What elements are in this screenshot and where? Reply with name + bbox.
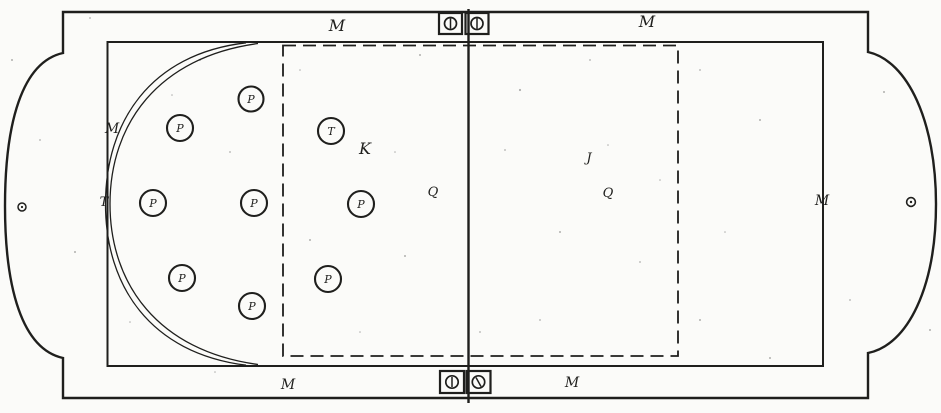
label-j: J xyxy=(583,151,592,166)
top-hinge xyxy=(439,13,489,34)
pocket-label: P xyxy=(356,198,365,211)
pocket-label: P xyxy=(323,273,332,286)
table-inner-frame xyxy=(108,42,824,366)
pocket-circle: P xyxy=(167,115,193,141)
pocket-circle: P xyxy=(348,191,374,217)
label-m-bottom-left: M xyxy=(280,377,296,393)
pivot-hole-left xyxy=(18,203,26,211)
pocket-circle: P xyxy=(169,265,195,291)
table-top-diagram: P P T P P P P P P M M M M M M T xyxy=(0,0,941,413)
pocket-label: P xyxy=(246,93,255,106)
label-t-arc-end: T xyxy=(100,195,110,210)
screw-icon xyxy=(471,18,483,30)
pocket-label: P xyxy=(175,122,184,135)
screw-icon xyxy=(445,18,457,30)
label-m-top-left: M xyxy=(328,16,346,35)
pocket-circle: P xyxy=(239,293,265,319)
label-k: K xyxy=(358,139,372,158)
label-q-center: Q xyxy=(428,185,439,200)
pocket-circle: P xyxy=(241,190,267,216)
bottom-hinge xyxy=(440,371,491,393)
screw-icon xyxy=(446,376,458,388)
label-m-right-rail: M xyxy=(814,193,830,209)
pocket-label: P xyxy=(247,300,256,313)
label-q-right: Q xyxy=(603,186,614,201)
paper-specks xyxy=(11,17,931,373)
pocket-label: P xyxy=(177,272,186,285)
label-m-top-right: M xyxy=(638,12,656,31)
screw-icon xyxy=(472,376,484,388)
left-arc-track xyxy=(106,43,259,365)
patent-figure: P P T P P P P P P M M M M M M T xyxy=(0,0,941,413)
table-outer-edge xyxy=(5,12,936,398)
pocket-circle: T xyxy=(318,118,344,144)
pocket-label: P xyxy=(148,197,157,210)
label-m-left-rail: M xyxy=(104,121,120,137)
pocket-circle: P xyxy=(239,87,264,112)
pocket-label: T xyxy=(327,125,336,138)
pivot-hole-right xyxy=(907,198,916,207)
pocket-circle: P xyxy=(315,266,341,292)
pocket-circles: P P T P P P P P P xyxy=(140,87,374,320)
pocket-circle: P xyxy=(140,190,166,216)
label-m-bottom-right: M xyxy=(564,375,580,391)
pocket-label: P xyxy=(249,197,258,210)
dashed-partition xyxy=(283,46,678,357)
